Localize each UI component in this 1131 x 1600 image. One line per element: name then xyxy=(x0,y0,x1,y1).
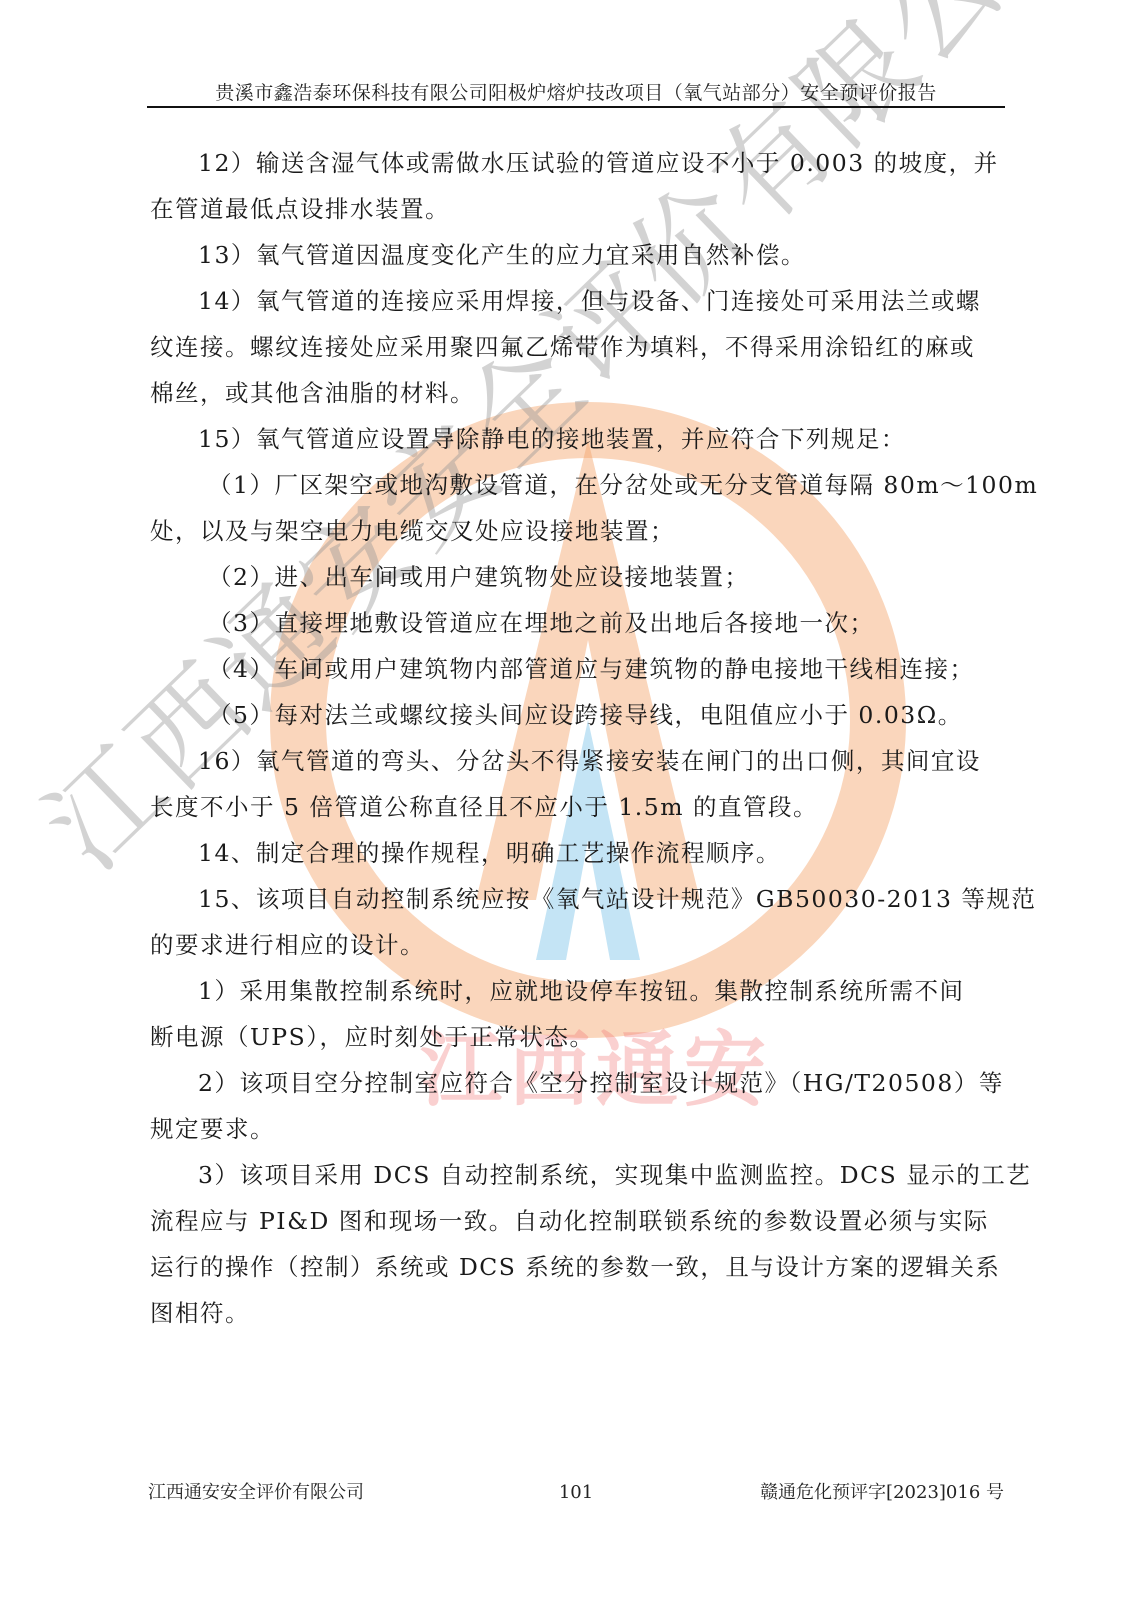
header-title: 贵溪市鑫浩泰环保科技有限公司阳极炉熔炉技改项目（氧气站部分）安全预评价报告 xyxy=(148,78,1004,105)
paragraph: （1）厂区架空或地沟敷设管道，在分岔处或无分支管道每隔 80m～100m xyxy=(150,462,1006,508)
paragraph: 在管道最低点设排水装置。 xyxy=(150,186,1006,232)
paragraph: 流程应与 PI&D 图和现场一致。自动化控制联锁系统的参数设置必须与实际 xyxy=(150,1198,1006,1244)
paragraph: 14、制定合理的操作规程，明确工艺操作流程顺序。 xyxy=(150,830,1006,876)
paragraph: 15、该项目自动控制系统应按《氧气站设计规范》GB50030-2013 等规范 xyxy=(150,876,1006,922)
paragraph: （4）车间或用户建筑物内部管道应与建筑物的静电接地干线相连接； xyxy=(150,646,1006,692)
paragraph: 1）采用集散控制系统时，应就地设停车按钮。集散控制系统所需不间 xyxy=(150,968,1006,1014)
paragraph: 13）氧气管道因温度变化产生的应力宜采用自然补偿。 xyxy=(150,232,1006,278)
paragraph: 规定要求。 xyxy=(150,1106,1006,1152)
paragraph: 16）氧气管道的弯头、分岔头不得紧接安装在闸门的出口侧，其间宜设 xyxy=(150,738,1006,784)
page-footer: 江西通安安全评价有限公司 101 赣通危化预评字[2023]016 号 xyxy=(148,1478,1004,1508)
paragraph: （2）进、出车间或用户建筑物处应设接地装置； xyxy=(150,554,1006,600)
paragraph: 3）该项目采用 DCS 自动控制系统，实现集中监测监控。DCS 显示的工艺 xyxy=(150,1152,1006,1198)
paragraph: 棉丝，或其他含油脂的材料。 xyxy=(150,370,1006,416)
paragraph: 2）该项目空分控制室应符合《空分控制室设计规范》（HG/T20508）等 xyxy=(150,1060,1006,1106)
paragraph: 图相符。 xyxy=(150,1290,1006,1336)
paragraph: 断电源（UPS），应时刻处于正常状态。 xyxy=(150,1014,1006,1060)
paragraph: 14）氧气管道的连接应采用焊接，但与设备、门连接处可采用法兰或螺 xyxy=(150,278,1006,324)
paragraph: （5）每对法兰或螺纹接头间应设跨接导线，电阻值应小于 0.03Ω。 xyxy=(150,692,1006,738)
footer-report-number: 赣通危化预评字[2023]016 号 xyxy=(760,1478,1004,1504)
paragraph: 纹连接。螺纹连接处应采用聚四氟乙烯带作为填料，不得采用涂铅红的麻或 xyxy=(150,324,1006,370)
paragraph: 的要求进行相应的设计。 xyxy=(150,922,1006,968)
paragraph: （3）直接埋地敷设管道应在埋地之前及出地后各接地一次； xyxy=(150,600,1006,646)
header-divider xyxy=(147,106,1005,108)
paragraph: 长度不小于 5 倍管道公称直径且不应小于 1.5m 的直管段。 xyxy=(150,784,1006,830)
paragraph: 处，以及与架空电力电缆交叉处应设接地装置； xyxy=(150,508,1006,554)
paragraph: 15）氧气管道应设置导除静电的接地装置，并应符合下列规足： xyxy=(150,416,1006,462)
document-page: 江西通安安全评价有限公司 江西通安 贵溪市鑫浩泰环保科技有限公司阳极炉熔炉技改项… xyxy=(0,0,1131,1600)
paragraph: 运行的操作（控制）系统或 DCS 系统的参数一致，且与设计方案的逻辑关系 xyxy=(150,1244,1006,1290)
paragraph: 12）输送含湿气体或需做水压试验的管道应设不小于 0.003 的坡度，并 xyxy=(150,140,1006,186)
document-body: 12）输送含湿气体或需做水压试验的管道应设不小于 0.003 的坡度，并 在管道… xyxy=(150,140,1006,1336)
